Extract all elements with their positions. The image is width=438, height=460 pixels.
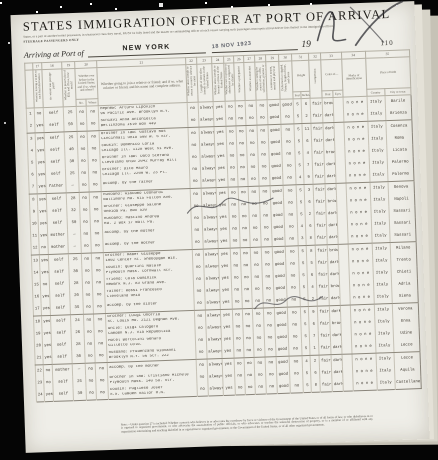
manifest-cell: 2 (308, 293, 317, 306)
manifest-cell: Udine (393, 327, 420, 340)
manifest-cell: n o n e (352, 353, 377, 366)
scanned-manifest-page: STATES IMMIGRATION OFFICER AT PORT OF AR… (0, 0, 438, 460)
manifest-cell: good (276, 356, 289, 369)
manifest-cell: brown (328, 244, 339, 257)
manifest-cell: no (263, 295, 274, 308)
manifest-cell: dark (332, 379, 343, 392)
manifest-cell: no (188, 127, 199, 140)
manifest-cell: yes (43, 352, 52, 365)
manifest-cell: no (82, 253, 92, 266)
manifest-cell: always (207, 371, 222, 384)
manifest-cell: always (201, 187, 217, 200)
manifest-cell: Italy (372, 255, 391, 268)
manifest-cell: no (192, 236, 203, 249)
manifest-cell: no (43, 364, 52, 377)
manifest-cell: always (203, 236, 219, 249)
manifest-cell: self (48, 254, 69, 267)
manifest-cell: no (262, 271, 273, 283)
manifest-cell: n o n e (345, 158, 370, 171)
manifest-cell: 8 (311, 379, 320, 392)
manifest-cell (334, 97, 343, 110)
manifest-cell: always (208, 383, 224, 396)
manifest-cell: dark (330, 305, 341, 318)
manifest-cell: 50 (67, 217, 80, 229)
manifest-cell: fair (313, 159, 325, 171)
manifest-cell: Sassari (389, 217, 416, 230)
manifest-cell: no (236, 125, 246, 138)
manifest-cell: no (243, 333, 253, 345)
manifest-cell: no (285, 246, 298, 259)
manifest-cell: Adria (391, 278, 418, 291)
manifest-cell: no (94, 313, 106, 326)
manifest-sheet: STATES IMMIGRATION OFFICER AT PORT OF AR… (10, 1, 429, 453)
manifest-cell: no (236, 138, 246, 150)
manifest-cell: no (86, 105, 98, 118)
manifest-cell: yes (221, 333, 233, 345)
manifest-cell: 2 (302, 111, 311, 124)
manifest-cell: no (189, 163, 200, 175)
manifest-cell: no (226, 126, 236, 139)
manifest-cell: n o n e (347, 231, 372, 244)
manifest-cell: 25 (73, 376, 86, 388)
manifest-cell (338, 231, 347, 244)
manifest-cell: brown (326, 196, 337, 208)
manifest-cell: no (237, 162, 247, 174)
manifest-cell: no (229, 223, 239, 235)
manifest-cell: self (46, 193, 67, 206)
manifest-cell: Napoli (388, 193, 415, 206)
manifest-cell: no (235, 100, 245, 113)
manifest-cell: yes (37, 181, 46, 194)
manifest-cell: 8 (306, 232, 315, 245)
manifest-cell: dark (323, 110, 334, 123)
manifest-cell: no (252, 308, 263, 321)
manifest-cell: no (76, 106, 86, 119)
manifest-cell: yes (38, 206, 47, 218)
manifest-cell: n o n e (349, 267, 374, 280)
manifest-cell: no (239, 223, 249, 235)
manifest-cell: good (275, 331, 288, 343)
manifest-cell: no (81, 228, 91, 240)
manifest-cell: fair (317, 293, 329, 306)
manifest-cell: no (246, 112, 257, 125)
manifest-cell: no (285, 233, 298, 246)
manifest-cell: Cosenza (386, 120, 413, 133)
manifest-cell: good (269, 137, 282, 149)
manifest-cell: 30 (72, 351, 85, 364)
manifest-cell: dark (332, 367, 343, 379)
manifest-cell: no (84, 326, 94, 338)
manifest-cell: no (245, 382, 255, 395)
manifest-cell (342, 329, 351, 341)
manifest-cell: Verona (392, 302, 419, 315)
manifest-cell: no (235, 382, 245, 395)
column-header: Deformed or crippled. Nature, length of … (279, 61, 293, 99)
manifest-cell: Lecce (394, 351, 421, 364)
manifest-cell: fair (311, 123, 323, 136)
manifest-cell (339, 244, 348, 257)
manifest-cell: no (40, 279, 49, 291)
manifest-cell: no (286, 258, 299, 270)
manifest-cell: no (80, 204, 90, 216)
manifest-cell: no (88, 143, 100, 155)
manifest-cell: good (272, 246, 285, 259)
manifest-cell: no (91, 228, 103, 240)
manifest-cell: dark (329, 293, 340, 306)
manifest-cell: no (194, 297, 205, 310)
manifest-cell: 2 (305, 208, 314, 220)
manifest-cell: no (246, 137, 257, 149)
manifest-cell: dark (326, 208, 337, 220)
manifest-cell: Italy (368, 133, 387, 146)
manifest-cell: no (93, 289, 105, 301)
manifest-cell: yes (222, 370, 234, 382)
manifest-cell: 25 (66, 168, 79, 180)
manifest-cell: no (251, 271, 262, 283)
manifest-cell: no (284, 209, 297, 221)
manifest-cell: n o n e (346, 207, 371, 220)
manifest-cell: no (257, 112, 268, 125)
manifest-cell: 26 (71, 327, 84, 339)
manifest-cell: no (228, 187, 238, 200)
manifest-cell (341, 305, 350, 318)
manifest-cell: no (91, 240, 103, 253)
manifest-cell: mother (52, 364, 73, 377)
manifest-cell: no (237, 150, 247, 162)
manifest-cell: no (95, 338, 107, 350)
manifest-cell: no (261, 246, 272, 259)
manifest-cell: n o n e (349, 291, 374, 304)
manifest-cell: yes (215, 151, 227, 163)
manifest-cell (337, 183, 346, 196)
manifest-cell: — (66, 180, 79, 193)
manifest-cell: always (204, 261, 219, 274)
manifest-cell: no (260, 210, 271, 222)
manifest-cell: brown (322, 97, 333, 110)
manifest-cell: Palermo (387, 168, 414, 181)
manifest-cell: no (244, 357, 254, 370)
manifest-cell: self (45, 156, 66, 169)
manifest-cell: Genova (388, 180, 415, 193)
manifest-cell: self (49, 266, 70, 279)
manifest-cell: no (94, 326, 106, 338)
manifest-cell: yes (216, 199, 228, 211)
manifest-cell: 6 (311, 367, 320, 379)
manifest-cell (334, 109, 343, 122)
manifest-cell: no (244, 345, 254, 358)
manifest-cell: no (197, 383, 208, 396)
manifest-cell: no (95, 362, 107, 375)
manifest-cell (342, 341, 351, 354)
manifest-cell: 6 (309, 318, 318, 330)
manifest-cell: cousin: Pugliese JosefS.S. Camden Sailor… (108, 384, 197, 400)
manifest-cell (340, 280, 349, 292)
manifest-cell: fair (316, 269, 328, 281)
manifest-cell: good (271, 198, 284, 210)
manifest-cell: no (232, 309, 242, 322)
manifest-cell: no (261, 234, 272, 247)
manifest-cell: yes (223, 382, 235, 395)
manifest-cell: yes (37, 193, 46, 206)
manifest-cell: fair (320, 379, 332, 392)
manifest-cell: self (47, 205, 68, 218)
manifest-cell: dark (328, 269, 339, 281)
manifest-cell: no (289, 343, 302, 356)
manifest-cell: no (79, 192, 89, 205)
manifest-cell: yes (35, 132, 44, 145)
manifest-cell: no (228, 174, 238, 187)
manifest-cell: no (264, 320, 275, 332)
manifest-cell: no (281, 124, 294, 137)
manifest-cell: 7 (304, 160, 313, 172)
manifest-cell: 20 (70, 290, 83, 302)
manifest-cell: no (188, 139, 199, 151)
manifest-cell: — (68, 229, 81, 241)
manifest-cell: no (79, 179, 89, 192)
manifest-cell: Lecce (393, 339, 420, 352)
manifest-cell: no (187, 102, 198, 115)
manifest-cell (335, 146, 344, 158)
manifest-cell: fair (314, 196, 326, 208)
manifest-cell: dark (325, 159, 336, 171)
manifest-cell: self (44, 119, 65, 132)
manifest-cell: yes (219, 284, 231, 296)
manifest-cell: no (77, 131, 87, 144)
manifest-cell: 4 (303, 148, 312, 160)
manifest-cell: fair (315, 232, 327, 245)
manifest-cell: Chieti (391, 266, 418, 279)
manifest-cell: fair (315, 220, 327, 232)
manifest-cell: dark (331, 330, 342, 342)
manifest-cell: yes (41, 303, 50, 316)
manifest-cell: dark (325, 183, 336, 196)
manifest-cell: fair (316, 245, 328, 258)
manifest-cell: no (253, 332, 264, 344)
column-header: Height (292, 60, 310, 92)
manifest-cell: good (268, 124, 281, 137)
arriving-at-port-label: Arriving at Port of (24, 48, 84, 59)
manifest-cell: no (266, 369, 277, 381)
manifest-cell: Italy (370, 194, 389, 207)
manifest-cell: no (86, 375, 96, 387)
manifest-cell: good (277, 380, 290, 393)
manifest-cell: 6 (307, 269, 316, 281)
manifest-cell (339, 256, 348, 268)
manifest-cell: no (249, 222, 260, 234)
manifest-cell: no (262, 259, 273, 271)
manifest-cell: always (202, 212, 217, 225)
manifest-cell: good (269, 161, 282, 173)
manifest-cell: 6 (303, 136, 312, 148)
manifest-cell: Italy (368, 145, 387, 158)
manifest-cell: always (204, 285, 219, 298)
manifest-cell: fair (313, 184, 325, 197)
manifest-cell: no (193, 273, 204, 285)
manifest-cell: no (92, 252, 104, 265)
manifest-cell: no (287, 282, 300, 294)
manifest-cell: fair (313, 171, 325, 184)
manifest-cell: no (89, 191, 101, 204)
manifest-cell: Italy (371, 230, 390, 243)
manifest-cell: Licata (386, 144, 413, 157)
sheet-number: 110 (380, 39, 394, 47)
port-value: NEW YORK (122, 43, 170, 52)
manifest-cell: no (251, 259, 262, 271)
manifest-cell: no (231, 272, 241, 284)
manifest-cell: dark (323, 122, 334, 135)
manifest-cell: self (49, 278, 70, 291)
manifest-cell: Italy (367, 95, 386, 108)
date-field: 18 NOV 1923 (211, 31, 298, 53)
manifest-cell: n o n e (352, 377, 377, 390)
date-stamp: 18 NOV 1923 (211, 41, 251, 50)
manifest-cell: n o n e (343, 121, 368, 134)
manifest-cell: always (200, 151, 215, 164)
manifest-cell: no (238, 174, 248, 187)
manifest-cell: good (274, 294, 287, 307)
manifest-cell: no (234, 345, 244, 358)
manifest-cell: yes (216, 187, 228, 200)
manifest-cell: no (242, 308, 252, 321)
manifest-cell: self (45, 144, 66, 157)
manifest-cell: always (201, 200, 216, 213)
manifest-cell: father (46, 180, 67, 193)
manifest-cell: self (47, 217, 68, 230)
manifest-cell: no (187, 114, 198, 127)
manifest-cell (336, 158, 345, 170)
manifest-cell (342, 354, 351, 367)
manifest-cell: Italy (371, 218, 390, 231)
manifest-cell: yes (39, 230, 48, 242)
manifest-cell: good (272, 222, 285, 234)
manifest-cell: no (250, 234, 261, 247)
manifest-cell: — (68, 241, 81, 254)
manifest-cell: always (199, 126, 215, 139)
manifest-cell: n o n e (343, 109, 368, 122)
manifest-cell: always (202, 224, 217, 237)
manifest-cell: fair (320, 367, 332, 379)
manifest-cell: no (241, 272, 251, 284)
manifest-cell: fair (314, 208, 326, 220)
manifest-cell: Roma (386, 132, 413, 145)
manifest-cell: 28 (69, 278, 82, 290)
manifest-cell: no (241, 260, 251, 272)
manifest-cell: no (285, 221, 298, 233)
manifest-cell: no (249, 198, 260, 210)
manifest-cell: Trento (390, 254, 417, 267)
manifest-cell: brown (324, 147, 335, 159)
manifest-cell: n o n e (343, 96, 368, 109)
manifest-cell: no (287, 294, 300, 307)
manifest-cell: Italy (376, 365, 395, 378)
port-field: NEW YORK (87, 34, 206, 57)
manifest-cell: no (259, 186, 270, 199)
manifest-cell: n o n e (350, 316, 375, 329)
manifest-cell: Siena (392, 290, 419, 303)
manifest-cell (336, 170, 345, 183)
manifest-cell: good (277, 368, 290, 380)
manifest-cell: no (83, 289, 93, 301)
manifest-cell: good (268, 112, 281, 125)
manifest-cell: no (282, 160, 295, 172)
manifest-cell: Italy (375, 328, 394, 341)
manifest-cell: 3 (304, 184, 313, 197)
manifest-cell: yes (221, 321, 233, 333)
manifest-cell: self (50, 290, 71, 303)
manifest-cell: 24 (71, 314, 84, 327)
manifest-cell: self (45, 168, 66, 181)
manifest-cell (337, 195, 346, 207)
manifest-cell: no (195, 334, 206, 346)
manifest-cell: no (281, 111, 294, 124)
manifest-cell: always (198, 101, 214, 114)
manifest-cell: no (266, 381, 277, 394)
manifest-cell: no (258, 137, 269, 149)
manifest-cell: n o n e (346, 182, 371, 195)
manifest-cell: no (84, 314, 94, 327)
manifest-cell: yes (39, 254, 48, 267)
footnote: Note.—Under question 27 is included: Whe… (121, 415, 373, 434)
manifest-cell: no (290, 380, 303, 393)
manifest-cell: fair (316, 257, 328, 269)
manifest-cell: yes (42, 340, 51, 352)
manifest-cell: always (205, 309, 221, 322)
manifest-cell: no (196, 359, 207, 372)
manifest-body: 1noself25nononephew: Arturo Lipovich96 P… (26, 95, 421, 402)
manifest-cell: no (231, 284, 241, 296)
manifest-cell: no (195, 322, 206, 334)
manifest-cell: no (288, 331, 301, 343)
manifest-cell: no (265, 344, 276, 357)
manifest-cell: 9 (309, 306, 318, 319)
manifest-cell: no (189, 151, 200, 163)
manifest-cell: no (89, 179, 101, 192)
manifest-cell: n o n e (347, 219, 372, 232)
manifest-cell: yes (214, 139, 226, 151)
manifest-cell: no (249, 210, 260, 222)
manifest-cell: Sassari (389, 229, 416, 242)
manifest-cell: no (78, 143, 88, 155)
manifest-cell: n o n e (352, 365, 377, 378)
manifest-cell: no (90, 216, 102, 228)
manifest-cell: good (270, 173, 283, 186)
manifest-cell: no (191, 224, 202, 236)
manifest-cell: no (263, 283, 274, 295)
manifest-cell: no (82, 277, 92, 289)
manifest-cell: no (258, 149, 269, 161)
manifest-cell: no (96, 375, 108, 387)
manifest-cell: no (253, 320, 264, 332)
manifest-cell: no (263, 307, 274, 320)
manifest-cell: good (276, 343, 289, 356)
manifest-table: 17181920212223242526272829303132333435Wh… (24, 49, 422, 402)
manifest-cell: no (233, 333, 243, 345)
manifest-cell: no (254, 344, 265, 357)
manifest-cell: good (269, 149, 282, 161)
manifest-cell: yes (222, 358, 234, 371)
manifest-cell: yes (219, 272, 231, 284)
manifest-cell: yes (36, 169, 45, 181)
manifest-cell: no (80, 216, 90, 228)
manifest-cell: always (207, 346, 223, 359)
manifest-cell: 9 (304, 172, 313, 185)
manifest-cell: self (53, 388, 74, 401)
manifest-cell: yes (214, 126, 226, 139)
manifest-cell: fair (310, 98, 322, 111)
manifest-cell: no (260, 198, 271, 210)
manifest-cell: dark (328, 257, 339, 269)
manifest-cell: no (252, 295, 263, 308)
